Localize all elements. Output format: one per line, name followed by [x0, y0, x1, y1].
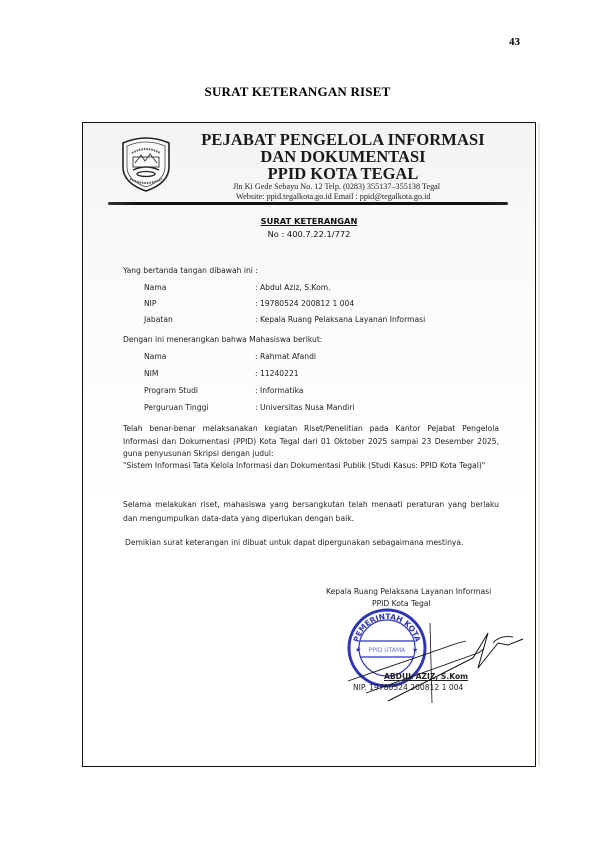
- research-paragraph: Telah benar-benar melaksanakan kegiatan …: [123, 423, 499, 461]
- field-label: NIM: [144, 369, 158, 378]
- scanned-letter: PEJABAT PENGELOLA INFORMASI DAN DOKUMENT…: [82, 122, 536, 767]
- signatory-name: ABDUL AZIZ, S.Kom: [384, 672, 468, 681]
- field-label: Program Studi: [144, 386, 198, 395]
- closing-paragraph: Demikian surat keterangan ini dibuat unt…: [125, 537, 501, 550]
- field-value: 19780524 200812 1 004: [255, 299, 354, 308]
- field-value: Abdul Aziz, S.Kom.: [255, 283, 331, 292]
- signatory-intro: Yang bertanda tangan dibawah ini :: [123, 266, 258, 275]
- letter-heading: SURAT KETERANGAN No : 400.7.22.1/772: [83, 216, 535, 239]
- conduct-paragraph: Selama melakukan riset, mahasiswa yang b…: [123, 498, 499, 526]
- signatory-position: Kepala Ruang Pelaksana Layanan Informasi: [326, 587, 491, 596]
- letterhead-line-1: PEJABAT PENGELOLA INFORMASI: [193, 131, 493, 148]
- field-label: Jabatan: [144, 315, 173, 324]
- field-value: Informatika: [255, 386, 303, 395]
- page-number: 43: [509, 36, 520, 48]
- letterhead-website: Website: ppid.tegalkota.go.id Email : pp…: [236, 192, 430, 201]
- letterhead-title: PEJABAT PENGELOLA INFORMASI DAN DOKUMENT…: [193, 131, 493, 182]
- document-title: SURAT KETERANGAN RISET: [0, 84, 595, 100]
- field-value: Universitas Nusa Mandiri: [255, 403, 355, 412]
- letterhead-divider: [108, 202, 508, 205]
- letter-title: SURAT KETERANGAN: [83, 216, 535, 226]
- letter-number: No : 400.7.22.1/772: [83, 229, 535, 239]
- letterhead-line-3: PPID KOTA TEGAL: [193, 165, 493, 182]
- field-value: Kepala Ruang Pelaksana Layanan Informasi: [255, 315, 425, 324]
- field-label: Nama: [144, 283, 166, 292]
- letterhead-line-2: DAN DOKUMENTASI: [193, 148, 493, 165]
- student-intro: Dengan ini menerangkan bahwa Mahasiswa b…: [123, 335, 322, 344]
- field-label: Nama: [144, 352, 166, 361]
- field-label: Perguruan Tinggi: [144, 403, 209, 412]
- signatory-institution: PPID Kota Tegal: [372, 599, 431, 608]
- signatory-nip: 19780524 200812 1 004: [353, 683, 463, 692]
- thesis-title: "Sistem Informasi Tata Kelola Informasi …: [123, 460, 499, 473]
- field-value: 11240221: [255, 369, 299, 378]
- kota-tegal-crest-icon: [117, 133, 175, 193]
- letterhead-address: Jln Ki Gede Sebayu No. 12 Telp. (0283) 3…: [233, 182, 440, 191]
- field-label: NIP: [144, 299, 157, 308]
- field-value: Rahmat Afandi: [255, 352, 316, 361]
